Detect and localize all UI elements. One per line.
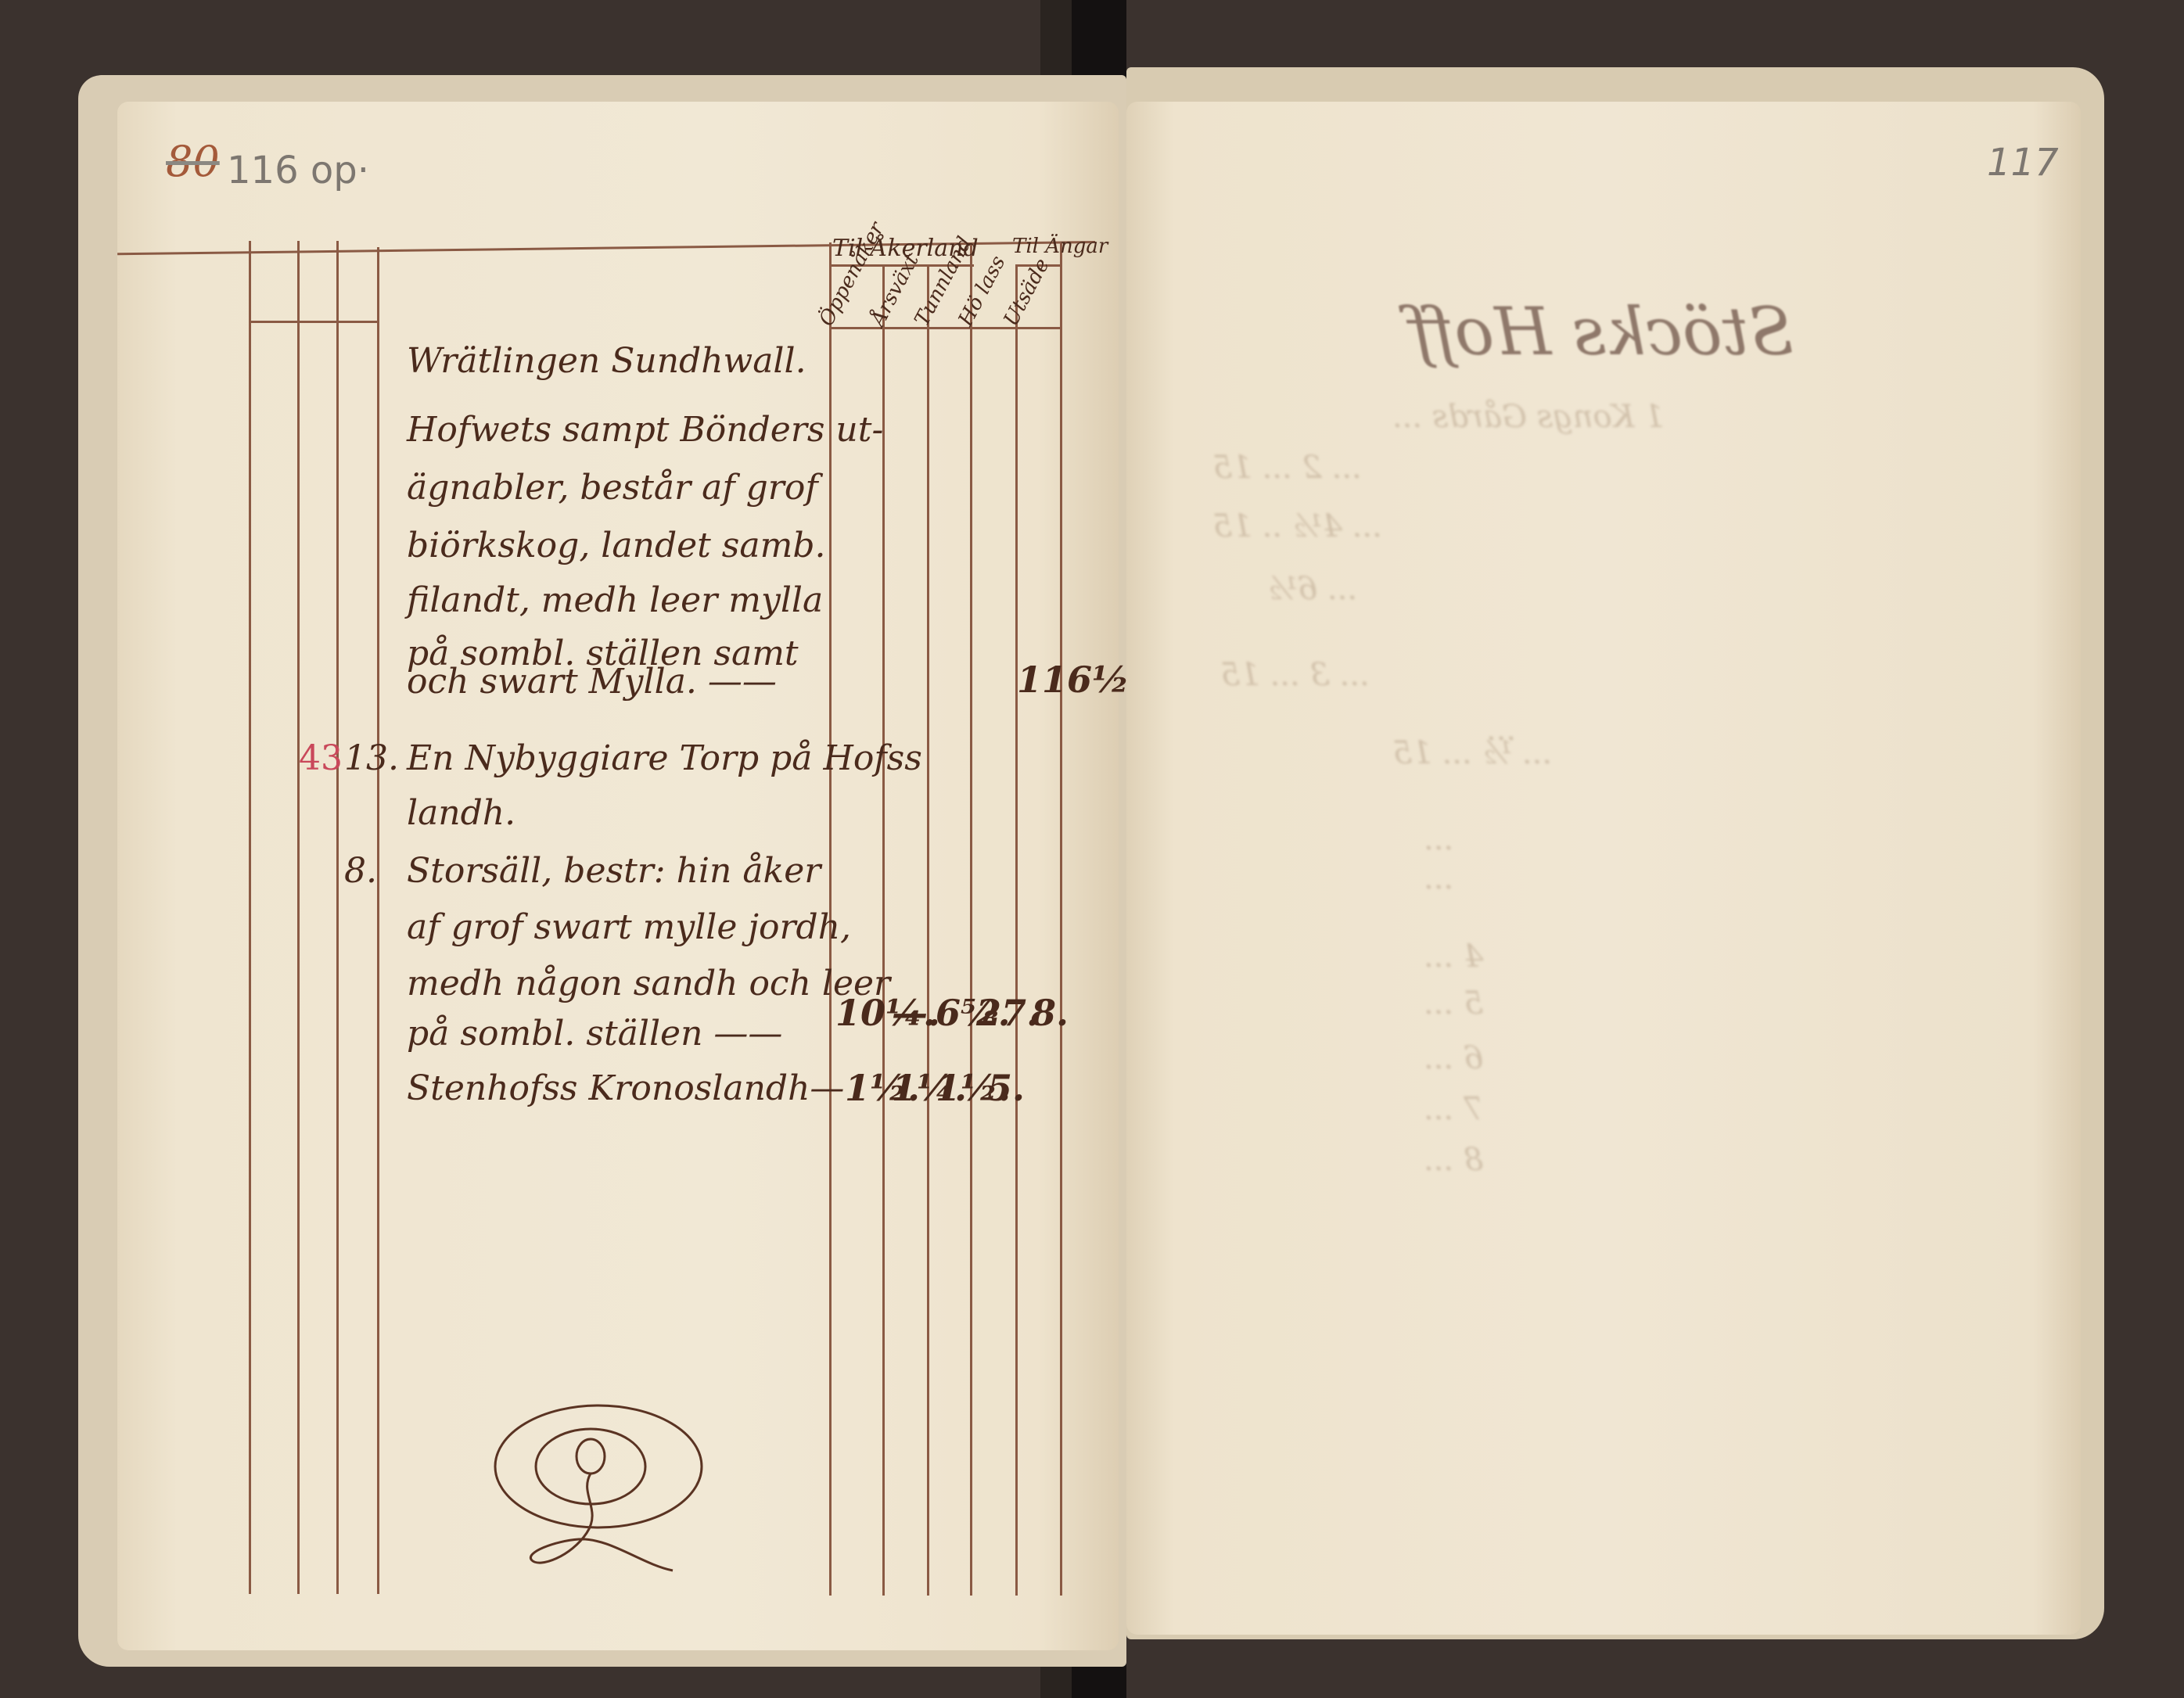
entry-3-line-2: af grof swart mylle jordh, bbox=[407, 910, 851, 945]
entry-3-value-5: 8. bbox=[1031, 992, 1069, 1034]
margin-rule-4 bbox=[377, 247, 379, 1594]
bleed-line-7: ... ½ ... 15 bbox=[1392, 735, 1552, 771]
entry-4-line-1: Stenhofss Kronoslandh— bbox=[407, 1072, 844, 1106]
value-col-rule-3 bbox=[927, 266, 929, 1596]
entry-2-number: 13. bbox=[344, 741, 399, 776]
bleed-line-5: ... 3 ... 15 bbox=[1220, 657, 1370, 693]
pencil-folio: 116 op· bbox=[227, 149, 369, 192]
entry-3-number: 8. bbox=[344, 854, 377, 888]
margin-rule-2 bbox=[297, 241, 300, 1594]
bleed-line-2: ... 2 ... 15 bbox=[1212, 450, 1362, 486]
end-flourish-icon bbox=[485, 1392, 735, 1596]
entry-1-line-2: Hofwets sampt Bönders ut- bbox=[407, 413, 883, 447]
margin-rule-3 bbox=[336, 241, 339, 1594]
bleed-line-1: 1 Kongs Gårds ... bbox=[1392, 399, 1665, 435]
entry-1-line-4: biörkskog, landet samb. bbox=[407, 529, 826, 563]
value-col-rule-6 bbox=[1060, 242, 1062, 1596]
value-col-rule-5 bbox=[1015, 266, 1018, 1596]
entry-1-line-1: Wrätlingen Sundhwall. bbox=[407, 344, 806, 379]
entry-1-line-5: filandt, medh leer mylla bbox=[407, 583, 823, 618]
entry-2-line-2: landh. bbox=[407, 796, 515, 831]
value-col-rule-2 bbox=[882, 266, 885, 1596]
header-group-angar: Til Ängar bbox=[1012, 235, 1108, 258]
header-bottom-rule bbox=[829, 327, 1062, 329]
bleed-line-12: 6 ... bbox=[1424, 1040, 1483, 1076]
bleed-line-11: 5 ... bbox=[1424, 985, 1483, 1021]
bleed-line-3: ... 4½ .. 15 bbox=[1212, 508, 1382, 544]
margin-header-rule bbox=[249, 321, 379, 323]
entry-2-margin-red: 43 bbox=[299, 741, 343, 776]
entry-1-line-3: ägnabler, består af grof bbox=[407, 471, 818, 505]
bleed-line-10: 4 ... bbox=[1424, 939, 1483, 975]
right-folio-number: 117 bbox=[1987, 141, 2059, 185]
bleed-line-9: ... bbox=[1424, 860, 1453, 896]
entry-3-line-4: på sombl. ställen —— bbox=[407, 1017, 782, 1051]
entry-3-line-3: medh någon sandh och leer bbox=[407, 967, 890, 1001]
margin-rule-1 bbox=[249, 241, 251, 1594]
value-col-rule-4 bbox=[970, 242, 972, 1596]
bleed-through-title: Stöcks Hoff bbox=[1408, 293, 1794, 370]
entry-3-line-1: Storsäll, bestr: hin åker bbox=[407, 854, 821, 888]
entry-3-value-2: —. bbox=[892, 992, 940, 1034]
bleed-line-8: ... bbox=[1424, 821, 1453, 857]
entry-1-line-7: och swart Mylla. —— bbox=[407, 665, 777, 699]
bleed-line-13: 7 ... bbox=[1424, 1091, 1483, 1127]
entry-3-value-4: 27. bbox=[976, 992, 1039, 1034]
entry-1-value-angar: 116½ bbox=[1017, 659, 1130, 701]
entry-2-line-1: En Nybyggiare Torp på Hofss bbox=[407, 741, 922, 776]
bleed-line-14: 8 ... bbox=[1424, 1142, 1483, 1178]
entry-4-value-4: 5. bbox=[987, 1067, 1025, 1109]
bleed-line-4: ... 6½ bbox=[1267, 571, 1357, 607]
old-folio-number: 80 bbox=[166, 137, 220, 186]
